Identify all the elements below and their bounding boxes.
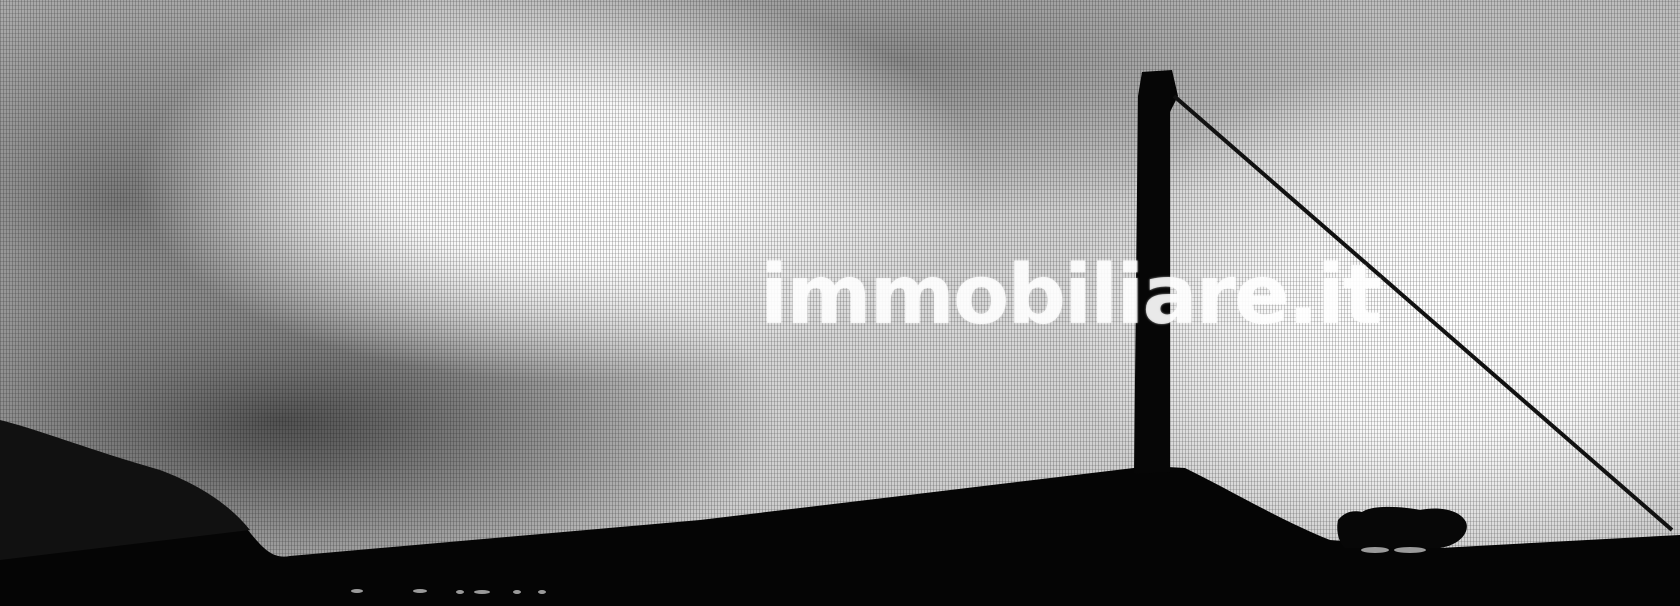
car-silhouette: [1337, 507, 1467, 548]
watermark: immobiliare.it: [760, 248, 1380, 343]
photo: immobiliare.it: [0, 0, 1680, 606]
